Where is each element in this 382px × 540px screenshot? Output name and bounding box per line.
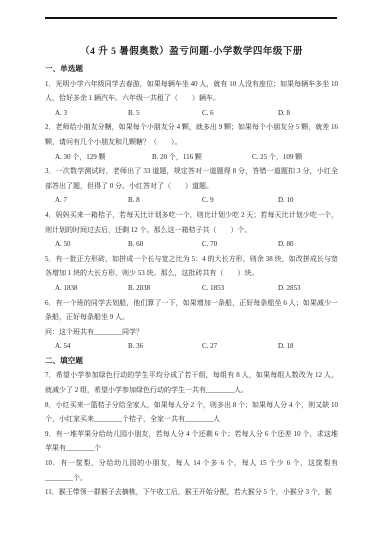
section-heading-single-choice: 一、单选题	[45, 62, 338, 77]
section-heading-fill-blank: 二、填空题	[45, 354, 338, 369]
question-6-option-a: A. 54	[55, 339, 71, 354]
question-3-text: 3．一次数学测试时，老师出了 33 道题，规定答对一道题得 8 分，答错一道题扣…	[45, 164, 338, 193]
question-5-option-b: B. 2038	[128, 281, 150, 296]
question-3-option-d: D. 10	[278, 193, 294, 208]
question-6-options: A. 54 B. 36 C. 27 D. 18	[45, 339, 338, 354]
question-5-option-d: D. 2853	[278, 281, 301, 296]
question-4-options: A. 50 B. 60 C. 70 D. 80	[45, 237, 338, 252]
question-10-text: 10．有一筐梨，分给幼儿园的小朋友，每人 14 个多 6 个，每人 15 个少 …	[45, 456, 338, 485]
question-1-option-a: A. 3	[55, 106, 67, 121]
question-8-text: 8．小红买来一篮桔子分给全家人，如果每人分 2 个，则多出 8 个；如果每人分 …	[45, 398, 338, 427]
question-4-option-a: A. 50	[55, 237, 71, 252]
question-4-option-c: C. 70	[202, 237, 217, 252]
question-4-option-b: B. 60	[128, 237, 143, 252]
question-5-option-a: A. 1838	[55, 281, 78, 296]
header-rule	[45, 17, 337, 19]
worksheet-page: （4 升 5 暑假奥数）盈亏问题-小学数学四年级下册 一、单选题 1．光明小学六…	[0, 0, 382, 540]
question-2-options: A. 30 个，129 颗 B. 20 个，116 颗 C. 25 个，109 …	[45, 150, 338, 165]
question-11-text: 11．猴王带领一群猴子去摘桃，下午收工后，猴王开始分配，若大猴分 5 个，小猴分…	[45, 485, 338, 500]
question-3-options: A. 7 B. 8 C. 9 D. 10	[45, 193, 338, 208]
page-title: （4 升 5 暑假奥数）盈亏问题-小学数学四年级下册	[45, 42, 338, 62]
question-7-text: 7．希望小学参加绿色行动的学生平均分成了若干组，每组有 8 人，如果每组人数改为…	[45, 368, 338, 397]
question-9-text: 9．有一堆苹果分给幼儿园小朋友，若每人分 4 个还剩 6 个；若每人分 6 个还…	[45, 427, 338, 456]
question-4-text: 4．妈妈买来一箱桔子，若每天比计划多吃一个，则比计划少吃 2 天；若每天比计划少…	[45, 208, 338, 237]
question-1-option-c: C. 6	[202, 106, 214, 121]
question-5-text: 5．有一批正方形砖，如拼成一个长与宽之比为 5：4 的大长方形，则余 38 块，…	[45, 252, 338, 281]
question-4-option-d: D. 80	[278, 237, 294, 252]
question-1-options: A. 3 B. 5 C. 6 D. 8	[45, 106, 338, 121]
question-6-option-c: C. 27	[202, 339, 217, 354]
worksheet-content: （4 升 5 暑假奥数）盈亏问题-小学数学四年级下册 一、单选题 1．光明小学六…	[45, 42, 338, 500]
question-2-text: 2．老师给小朋友分糖，如果每个小朋友分 4 颗，就多出 9 颗；如果每个小朋友分…	[45, 120, 338, 149]
question-6-prompt: 问：这个班共有________同学？	[45, 325, 338, 340]
question-2-option-b: B. 20 个，116 颗	[152, 150, 202, 165]
question-6-option-d: D. 18	[278, 339, 294, 354]
question-6-option-b: B. 36	[128, 339, 143, 354]
question-2-option-c: C. 25 个，109 颗	[252, 150, 302, 165]
question-3-option-a: A. 7	[55, 193, 67, 208]
question-1-option-d: D. 8	[278, 106, 290, 121]
question-5-option-c: C. 1853	[202, 281, 224, 296]
question-3-option-b: B. 8	[128, 193, 140, 208]
question-5-options: A. 1838 B. 2038 C. 1853 D. 2853	[45, 281, 338, 296]
question-3-option-c: C. 9	[202, 193, 214, 208]
question-1-text: 1．光明小学六年级同学去春游，如果每辆车坐 40 人，就有 10 人没有座位；如…	[45, 77, 338, 106]
question-2-option-a: A. 30 个，129 颗	[55, 150, 106, 165]
question-6-text: 6．有一个班的同学去划船，他们算了一下，如果增加一条船，正好每条船坐 6 人；如…	[45, 296, 338, 325]
question-1-option-b: B. 5	[128, 106, 140, 121]
